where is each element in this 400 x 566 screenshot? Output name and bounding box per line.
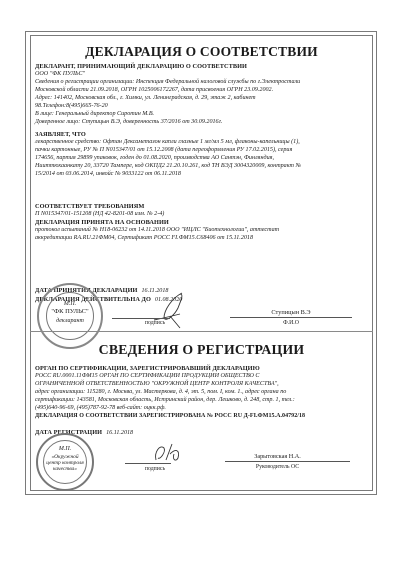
statement-line: 174656, партия 29899 упаковок, годен до … (35, 155, 274, 161)
declarant-line: 98.Телефон:8(495)665-76-20 (35, 103, 108, 109)
declarant-line: Московской области 21.09.2018, ОГРН 1025… (35, 87, 273, 93)
signature-line (112, 318, 170, 319)
basis-heading: ДЕКЛАРАЦИЯ ПРИНЯТА НА ОСНОВАНИИ (35, 219, 169, 226)
declarant-stamp: М.П. "ФК ПУЛЬС" декларант (37, 283, 103, 349)
conformity-text: П N015347/01-151208 (НД 42-8201-08 изм. … (35, 211, 164, 217)
stamp-line: качества» (38, 466, 92, 472)
stamp-role: декларант (39, 318, 101, 324)
signer-caption: Руководитель ОС (225, 464, 330, 470)
signer-name: Зарытовская Н.А. (225, 453, 330, 460)
signature-caption: подпись (140, 320, 170, 326)
declarant-name: ООО "ФК ПУЛЬС" (35, 71, 85, 77)
basis-line: аккредитации RA.RU.21ФМ04, Сертификат РО… (35, 235, 253, 241)
stamp-mp: М.П. (39, 301, 101, 307)
certification-body-line: ОГРАНИЧЕННОЙ ОТВЕТСТВЕННОСТЬЮ "ОКРУЖНОЙ … (35, 381, 279, 387)
registration-title: СВЕДЕНИЯ О РЕГИСТРАЦИИ (30, 342, 373, 358)
signer-name: Ступицын В.Э (230, 309, 352, 316)
section-separator (30, 331, 373, 332)
certification-body-line: адрес организации: 115280, г. Москва, ул… (35, 389, 286, 395)
statement-line: Нииттюхаанкату 20, 33720 Тампере, код ОК… (35, 163, 301, 169)
stamp-company: "ФК ПУЛЬС" (39, 308, 101, 315)
declarant-line: Сведения о регистрации организации: Инсп… (35, 79, 300, 85)
certification-body-heading: ОРГАН ПО СЕРТИФИКАЦИИ, ЗАРЕГИСТРИРОВАВШИ… (35, 365, 260, 372)
signature-line (125, 463, 171, 464)
registration-number: ДЕКЛАРАЦИЯ О СООТВЕТСТВИИ ЗАРЕГИСТРИРОВА… (35, 413, 305, 419)
certification-body-line: сертификации: 143581, Московская область… (35, 397, 295, 403)
signer-caption: Ф.И.О (230, 320, 352, 326)
statement-heading: ЗАЯВЛЯЕТ, ЧТО (35, 131, 86, 138)
declarant-line: Доверенное лицо: Ступицын В.Э, доверенно… (35, 119, 222, 125)
declarant-line: В лице: Генеральный директор Сиротин М.В… (35, 111, 154, 117)
statement-line: 15/2014 от 03.06.2014, инвойс № 9033122 … (35, 171, 181, 177)
signer-name-line (225, 461, 350, 462)
stamp-mp: М.П. (38, 446, 92, 452)
certification-body-line: РОСС RU.0001.11ФМ15 ОРГАН ПО СЕРТИФИКАЦИ… (35, 373, 259, 379)
signature-caption: подпись (140, 466, 170, 472)
statement-line: пачки картонные, РУ № П N015347/01 от 15… (35, 147, 292, 153)
conformity-heading: СООТВЕТСТВУЕТ ТРЕБОВАНИЯМ (35, 203, 144, 210)
certification-body-line: (495)640-96-69, (495)787-92-78 веб-сайт:… (35, 405, 166, 411)
declarant-line: Адрес: 141402, Московская обл., г. Химки… (35, 95, 256, 101)
statement-line: лекарственное средство: Офтан Дексаметаз… (35, 139, 300, 145)
basis-line: протокол испытаний № Н18-06232 от 14.11.… (35, 227, 279, 233)
registration-date: 16.11.2018 (106, 430, 133, 436)
signer-name-line (230, 317, 352, 318)
declarant-heading: ДЕКЛАРАНТ, ПРИНИМАЮЩИЙ ДЕКЛАРАЦИЮ О СООТ… (35, 63, 247, 70)
declaration-title: ДЕКЛАРАЦИЯ О СООТВЕТСТВИИ (30, 44, 373, 60)
certification-body-stamp: М.П. «Окружной центр контроля качества» (36, 433, 94, 491)
